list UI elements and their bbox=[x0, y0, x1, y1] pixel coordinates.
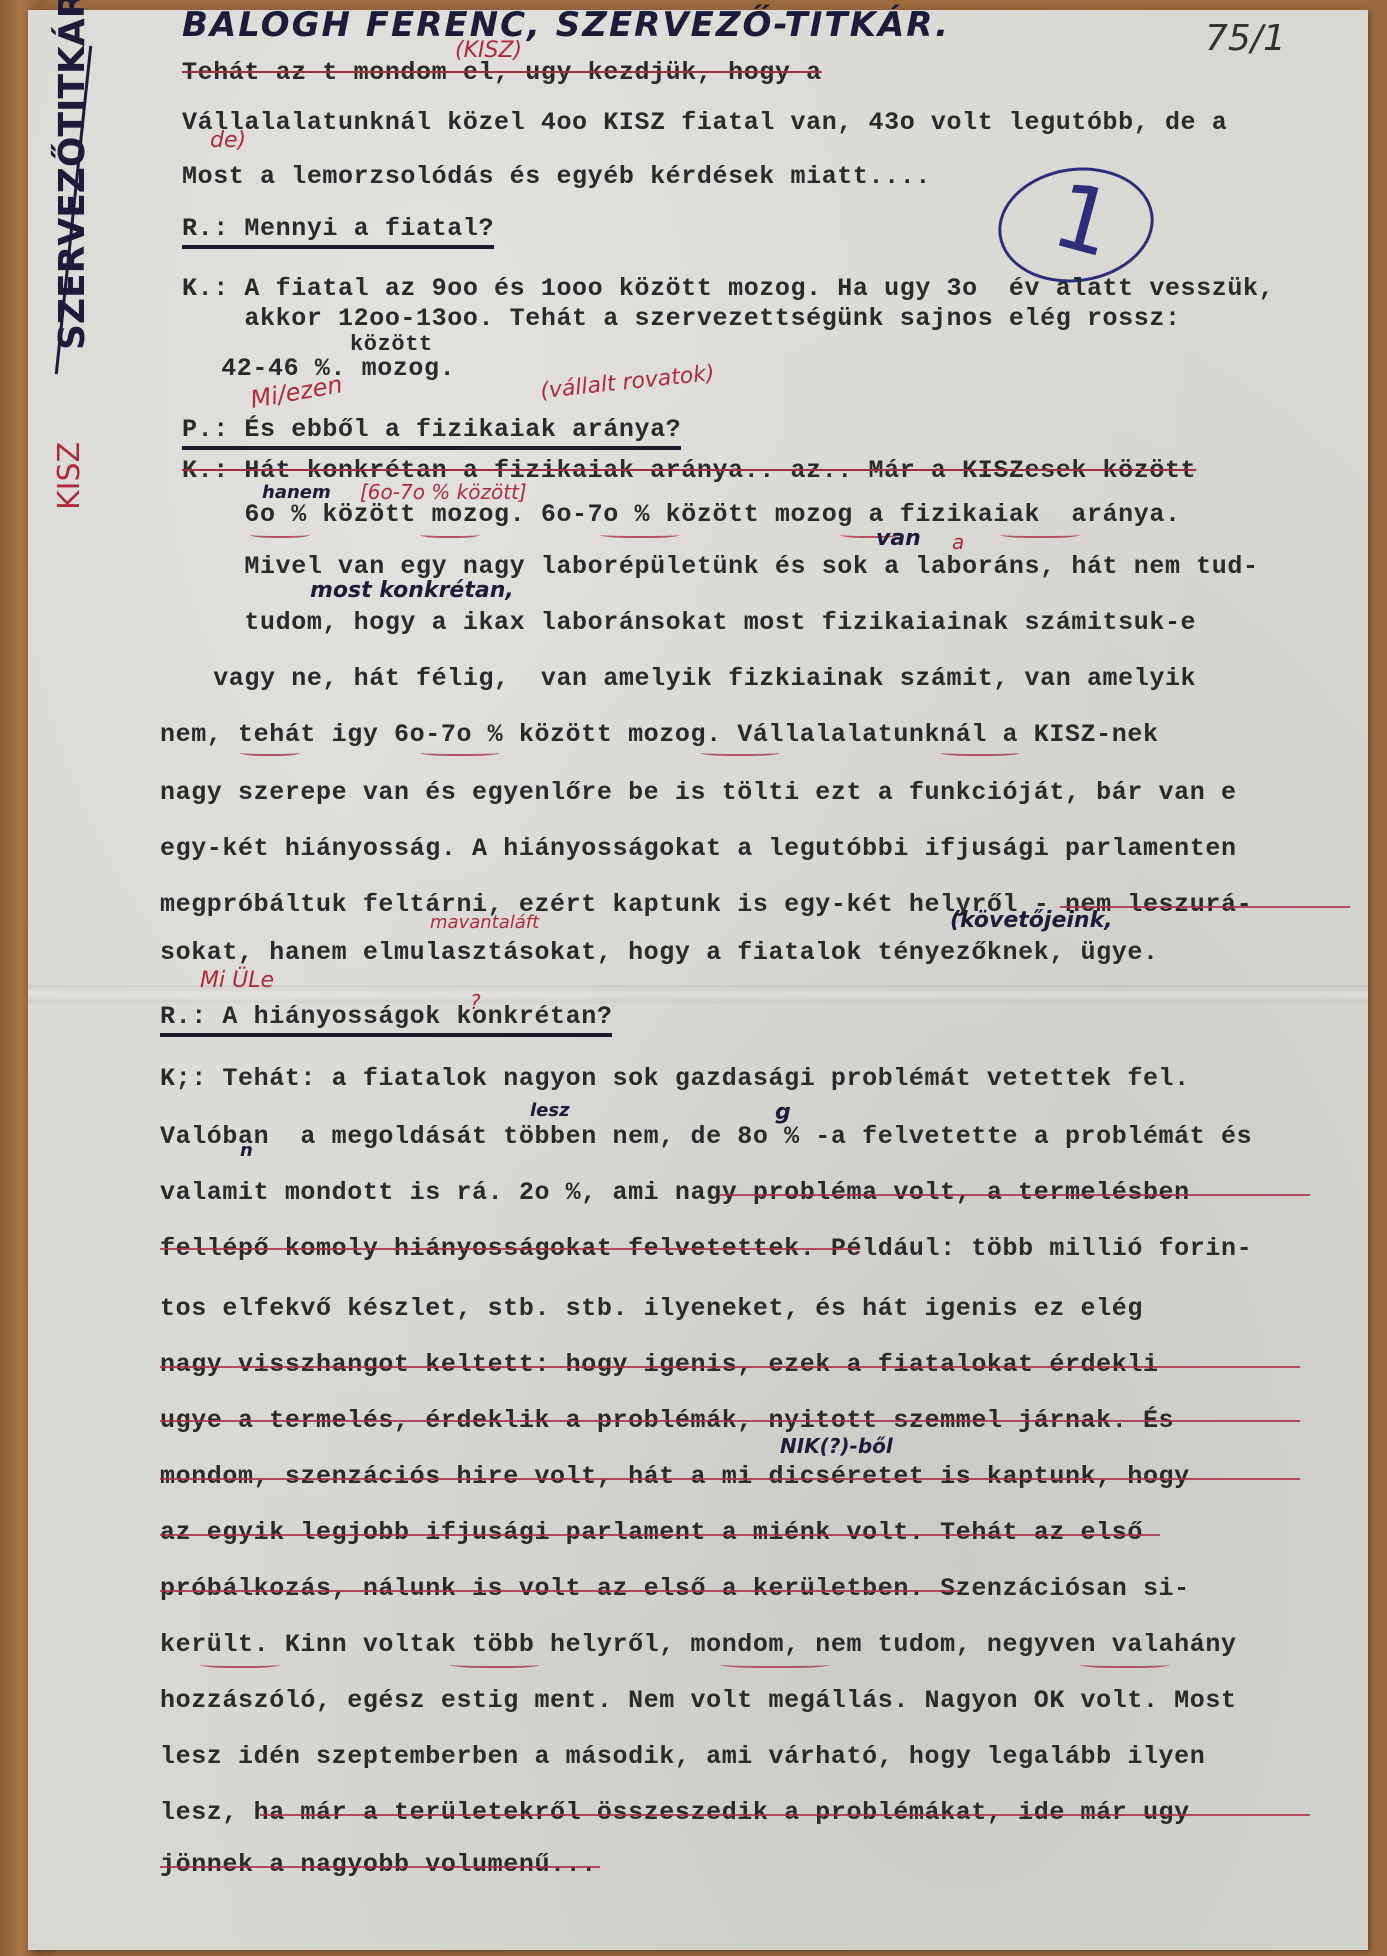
strike-mark bbox=[160, 1534, 1160, 1536]
typed-line: akkor 12oo-13oo. Tehát a szervezettségün… bbox=[182, 304, 1181, 333]
annotation-percentage-range: [6o-7o % között] bbox=[360, 480, 527, 504]
strike-mark bbox=[160, 1866, 600, 1868]
annotation-de: de) bbox=[210, 128, 246, 153]
wavy-underline bbox=[450, 1660, 540, 1668]
typed-line: vagy ne, hát félig, van amelyik fizkiain… bbox=[182, 664, 1196, 693]
strike-mark bbox=[720, 1194, 1310, 1196]
typed-line: K.: A fiatal az 9oo és 1ooo között mozog… bbox=[182, 274, 1274, 303]
strike-mark bbox=[260, 1814, 1310, 1816]
typed-line: tudom, hogy a ikax laboránsokat most fiz… bbox=[182, 608, 1196, 637]
typed-line: jönnek a nagyobb volumenű... bbox=[160, 1850, 597, 1879]
wavy-underline bbox=[700, 748, 780, 756]
annotation-lesz: lesz bbox=[530, 1100, 570, 1121]
typed-line: került. Kinn voltak több helyről, mondom… bbox=[160, 1630, 1237, 1659]
wavy-underline bbox=[1000, 530, 1080, 538]
annotation-van: van bbox=[876, 526, 921, 551]
wavy-underline bbox=[200, 1660, 280, 1668]
wavy-underline bbox=[1080, 1660, 1170, 1668]
wavy-underline bbox=[250, 530, 310, 538]
typed-line: egy-két hiányosság. A hiányosságokat a l… bbox=[160, 834, 1237, 863]
typed-line: az egyik legjobb ifjusági parlament a mi… bbox=[160, 1518, 1143, 1547]
wavy-underline bbox=[240, 748, 300, 756]
typed-line: nem, tehát igy 6o-7o % között mozog. Vál… bbox=[160, 720, 1159, 749]
wavy-underline bbox=[600, 530, 680, 538]
page-number: 75/1 bbox=[1205, 18, 1286, 59]
annotation-hanem: hanem bbox=[262, 482, 331, 503]
annotation-n: n bbox=[240, 1140, 253, 1161]
typed-line: lesz, ha már a területekről összeszedik … bbox=[160, 1798, 1190, 1827]
typed-line: próbálkozás, nálunk is volt az első a ke… bbox=[160, 1574, 1190, 1603]
strike-mark bbox=[160, 1590, 960, 1592]
typed-line: tos elfekvő készlet, stb. stb. ilyeneket… bbox=[160, 1294, 1143, 1323]
typed-line: K.: Hát konkrétan a fizikaiak aránya.. a… bbox=[182, 456, 1196, 485]
annotation-kisz: (KISZ) bbox=[455, 38, 522, 63]
typed-line: Most a lemorzsolódás és egyéb kérdések m… bbox=[182, 162, 931, 191]
typed-line: sokat, hanem elmulasztásokat, hogy a fia… bbox=[160, 938, 1159, 967]
typed-line: 6o % között mozog. 6o-7o % között mozog … bbox=[182, 500, 1181, 529]
typed-line: Vállalalatunknál közel 4oo KISZ fiatal v… bbox=[182, 108, 1227, 137]
strike-mark bbox=[160, 1248, 860, 1250]
wavy-underline bbox=[420, 748, 500, 756]
typed-line: nagy szerepe van és egyenlőre be is tölt… bbox=[160, 778, 1237, 807]
annotation-kovetojeink: (követőjeink, bbox=[950, 908, 1113, 933]
annotation-mavantalaft: mavantaláft bbox=[430, 912, 539, 933]
question-heading: R.: A hiányosságok konkrétan? bbox=[160, 1002, 612, 1037]
typed-line: valamit mondott is rá. 2o %, ami nagy pr… bbox=[160, 1178, 1190, 1207]
annotation-a: a bbox=[952, 530, 964, 554]
typed-line: nagy visszhangot keltett: hogy igenis, e… bbox=[160, 1350, 1159, 1379]
typed-line: hozzászóló, egész estig ment. Nem volt m… bbox=[160, 1686, 1237, 1715]
typed-line: mondom, szenzációs hire volt, hát a mi d… bbox=[160, 1462, 1190, 1491]
wavy-underline bbox=[420, 530, 480, 538]
annotation-most-konkretan: most konkrétan, bbox=[310, 578, 514, 603]
typed-line: Mivel van egy nagy laborépületünk és sok… bbox=[182, 552, 1259, 581]
annotation-g: g bbox=[775, 1100, 791, 1125]
wavy-underline bbox=[940, 748, 1020, 756]
typed-line: Valóban a megoldását többen nem, de 8o %… bbox=[160, 1122, 1252, 1151]
wavy-underline bbox=[720, 1660, 830, 1668]
typed-line: K;: Tehát: a fiatalok nagyon sok gazdasá… bbox=[160, 1064, 1190, 1093]
question-heading: P.: És ebből a fizikaiak aránya? bbox=[182, 415, 681, 450]
annotation-question-mark: ? bbox=[470, 990, 481, 1014]
superscript-kozott: között bbox=[350, 332, 433, 357]
annotation-mi-ule: Mi ÜLe bbox=[200, 968, 274, 993]
margin-note-szervezotitkar: SZERVEZŐTITKÁR bbox=[52, 0, 93, 350]
question-heading: R.: Mennyi a fiatal? bbox=[182, 214, 494, 249]
strike-mark bbox=[160, 1366, 1300, 1368]
strike-mark bbox=[160, 1420, 1300, 1422]
annotation-nik: NIK(?)-ből bbox=[780, 1434, 893, 1458]
typed-line: lesz idén szeptemberben a második, ami v… bbox=[160, 1742, 1205, 1771]
header-title: BALOGH FERENC, SZERVEZŐ-TITKÁR. bbox=[182, 5, 950, 45]
margin-note-kisz: KISZ bbox=[52, 442, 87, 510]
strike-mark bbox=[160, 1478, 1300, 1480]
